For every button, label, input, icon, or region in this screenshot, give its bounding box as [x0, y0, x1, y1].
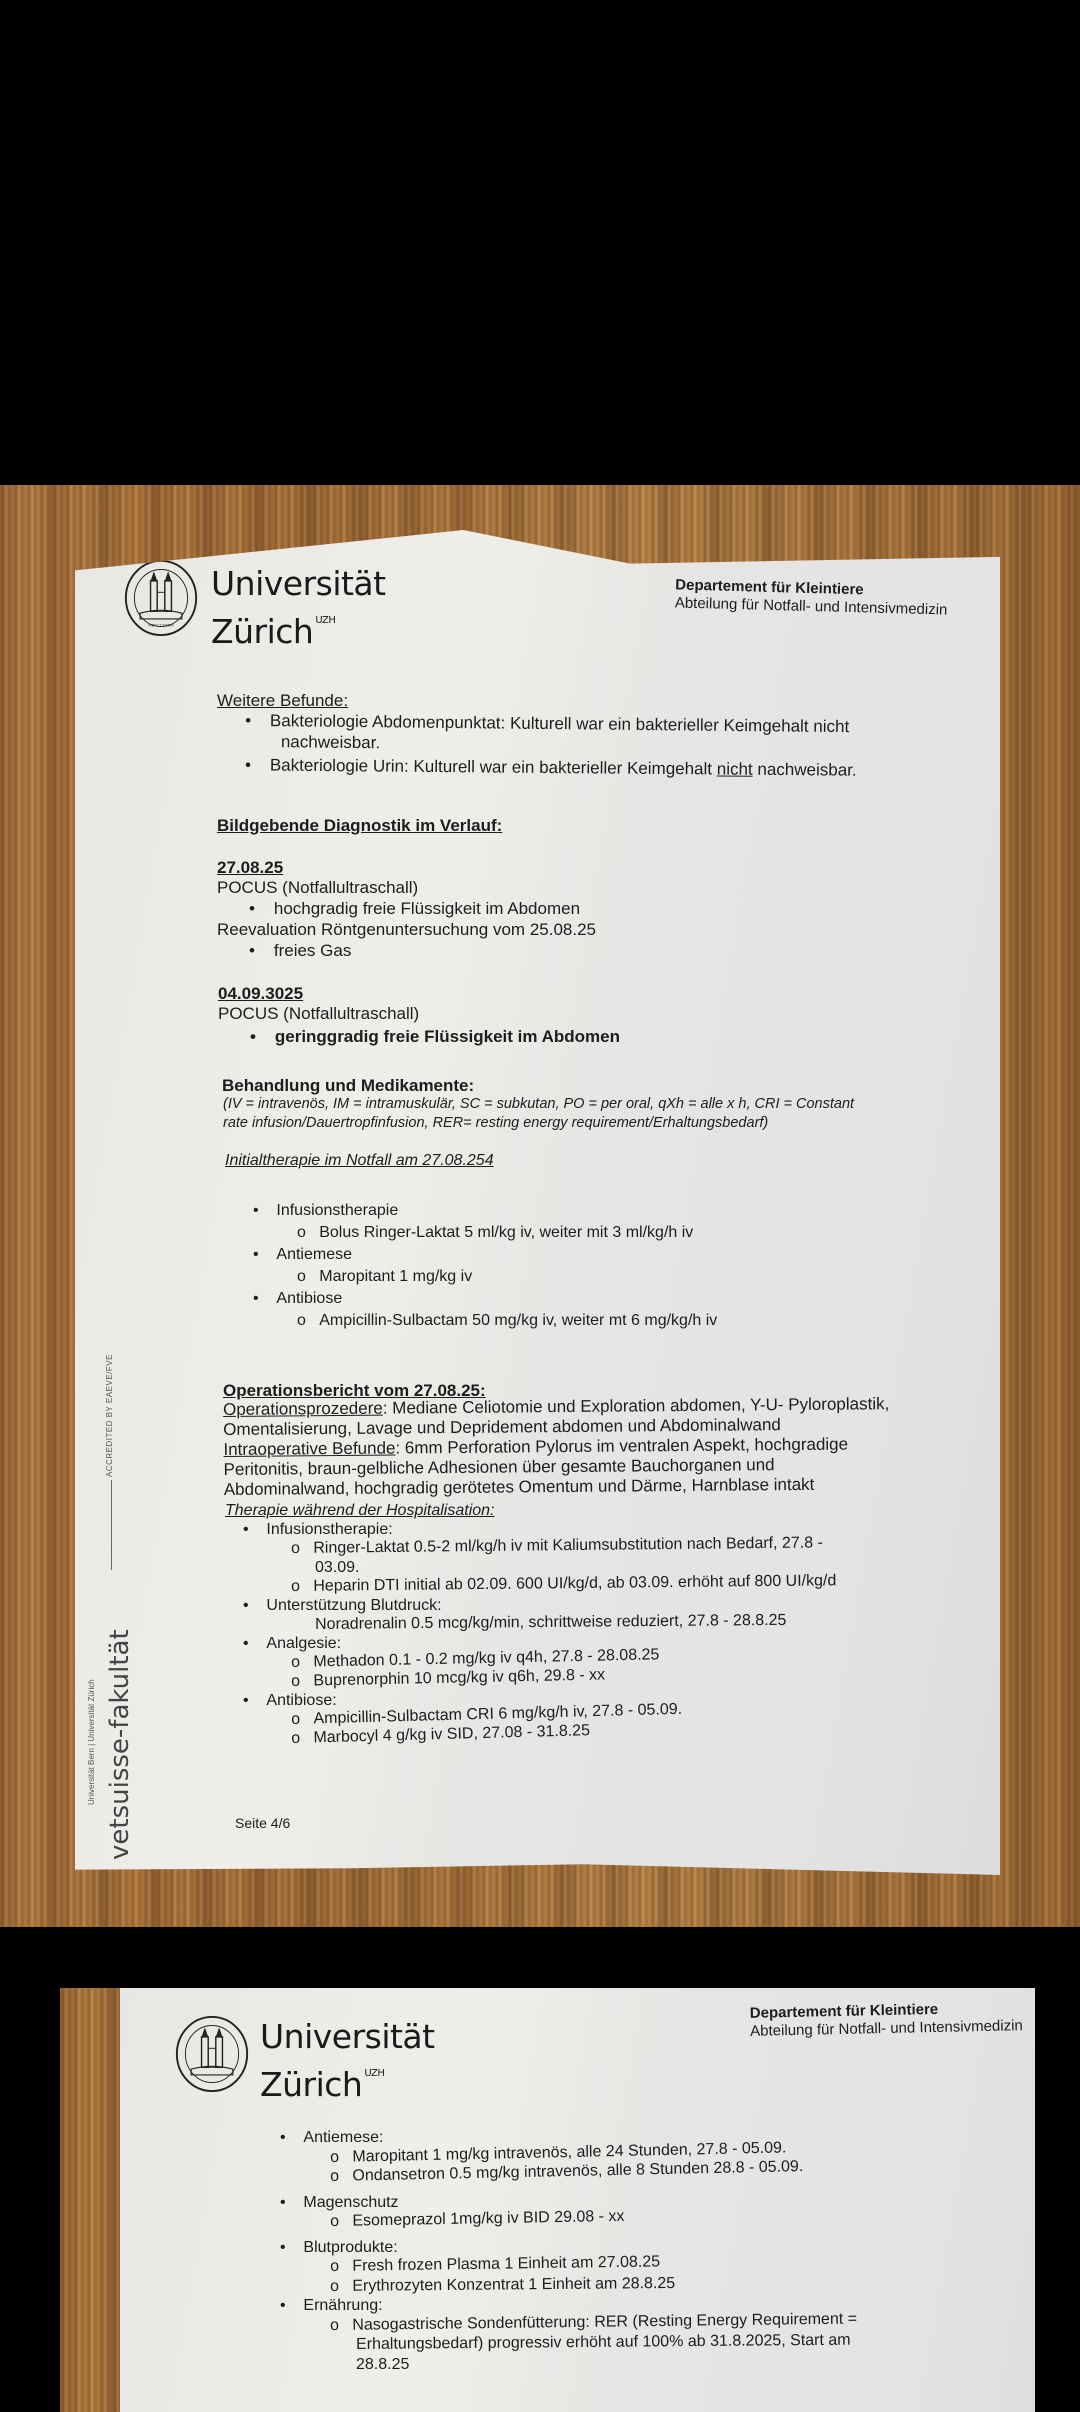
imaging-finding-1: • hochgradig freie Flüssigkeit im Abdome…	[249, 898, 580, 919]
imaging-exam-1: POCUS (Notfallultraschall)	[217, 877, 418, 898]
bildgebende-title: Bildgebende Diagnostik im Verlauf:	[217, 815, 502, 836]
imaging-finding-1b: • freies Gas	[249, 940, 351, 961]
befund-item-1: • Bakteriologie Abdomenpunktat: Kulturel…	[245, 710, 850, 758]
initial-category: • Antiemese	[253, 1244, 717, 1266]
operation-text: Operationsprozedere: Mediane Celiotomie …	[223, 1394, 890, 1500]
weitere-befunde-title: Weitere Befunde:	[217, 690, 348, 711]
initial-therapy-list: • Infusionstherapie o Bolus Ringer-Lakta…	[253, 1200, 717, 1332]
svg-text:MDCCCXXXIII: MDCCCXXXIII	[148, 623, 173, 628]
university-line1: Universität	[211, 565, 386, 602]
document-page-4: MDCCCXXXIII Universität ZürichUZH Depart…	[75, 530, 1000, 1875]
hospitalisation-title: Therapie während der Hospitalisation:	[225, 1500, 494, 1521]
abbreviation-legend: (IV = intravenös, IM = intramuskulär, SC…	[223, 1095, 854, 1133]
initial-item: o Ampicillin-Sulbactam 50 mg/kg iv, weit…	[297, 1310, 717, 1332]
university-seal-icon	[174, 2014, 250, 2094]
department-header: Departement für Kleintiere Abteilung für…	[675, 576, 949, 619]
university-line1: Universität	[260, 2018, 435, 2055]
initial-item: o Bolus Ringer-Laktat 5 ml/kg iv, weiter…	[297, 1222, 717, 1244]
photo-page-5: Universität ZürichUZH Departement für Kl…	[60, 1988, 1035, 2412]
page-number: Seite 4/6	[235, 1815, 290, 1831]
university-seal-icon: MDCCCXXXIII	[123, 558, 199, 638]
university-line2: Zürich	[260, 2065, 362, 2104]
university-line2: Zürich	[211, 612, 313, 651]
imaging-finding-2: • geringgradig freie Flüssigkeit im Abdo…	[250, 1026, 620, 1047]
hospitalisation-list: • Infusionstherapie: o Ringer-Laktat 0.5…	[243, 1520, 836, 1748]
treatment-continued-list: • Antiemese: o Maropitant 1 mg/kg intrav…	[280, 2128, 857, 2374]
department-header: Departement für Kleintiere Abteilung für…	[750, 1999, 1023, 2041]
university-name: Universität ZürichUZH	[260, 2018, 435, 2103]
imaging-exam-2: POCUS (Notfallultraschall)	[218, 1003, 419, 1024]
accreditation: ACCREDITED BY EAEVE/FVE	[105, 1354, 114, 1570]
faculty-universities: Universität Bern | Universität Zürich	[87, 1679, 96, 1805]
initialtherapie-title: Initialtherapie im Notfall am 27.08.254	[225, 1150, 494, 1171]
vetsuisse-faculty: vetsuisse-fakultät	[105, 1629, 135, 1860]
uzh-sup: UZH	[364, 2068, 384, 2079]
imaging-date-2: 04.09.3025	[218, 983, 303, 1004]
initial-category: • Antibiose	[253, 1288, 717, 1310]
initial-category: • Infusionstherapie	[253, 1200, 717, 1222]
initial-item: o Maropitant 1 mg/kg iv	[297, 1266, 717, 1288]
behandlung-title: Behandlung und Medikamente:	[222, 1075, 474, 1096]
imaging-date-1: 27.08.25	[217, 857, 283, 878]
photo-page-4: MDCCCXXXIII Universität ZürichUZH Depart…	[0, 485, 1080, 1927]
imaging-exam-1b: Reevaluation Röntgenuntersuchung vom 25.…	[217, 919, 596, 940]
university-name: Universität ZürichUZH	[211, 565, 386, 650]
uzh-sup: UZH	[315, 615, 335, 626]
befund-item-2: • Bakteriologie Urin: Kulturell war ein …	[245, 754, 857, 780]
document-page-5: Universität ZürichUZH Departement für Kl…	[120, 1988, 1035, 2412]
